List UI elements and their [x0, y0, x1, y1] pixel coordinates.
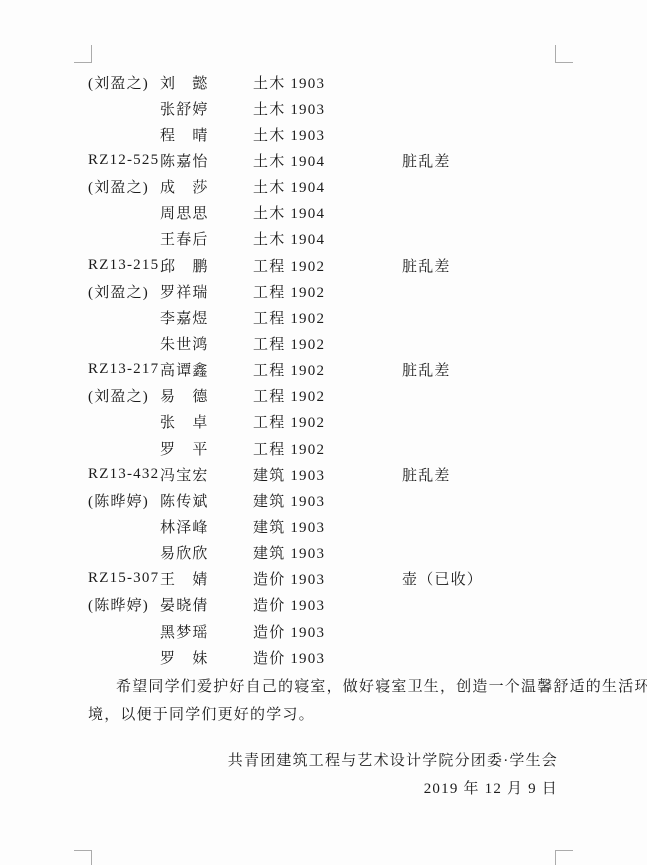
name-cell: 程 晴	[160, 124, 253, 145]
name-cell: 高谭鑫	[160, 359, 253, 380]
roster-row: (陈晔婷) 陈传斌 建筑 1903	[88, 487, 627, 513]
class-cell: 工程 1902	[253, 281, 402, 302]
roster-row: RZ13-215 邱 鹏 工程 1902 脏乱差	[88, 252, 627, 278]
roster-row: 罗 平 工程 1902	[88, 435, 627, 461]
roster-row: 王春后 土木 1904	[88, 226, 627, 252]
name-cell: 李嘉煜	[160, 307, 253, 328]
closing-paragraph: 希望同学们爱护好自己的寝室，做好寝室卫生，创造一个温馨舒适的生活环 境，以便于同…	[88, 674, 560, 729]
margin-mark-bottom-right	[555, 850, 573, 865]
roster-row: (刘盈之) 成 莎 土木 1904	[88, 174, 627, 200]
name-cell: 晏晓倩	[160, 594, 253, 615]
name-cell: 罗 平	[160, 438, 253, 459]
name-cell: 易 德	[160, 385, 253, 406]
class-cell: 工程 1902	[253, 255, 402, 276]
roster-row: 周思思 土木 1904	[88, 200, 627, 226]
roster-row: 黑梦瑶 造价 1903	[88, 618, 627, 644]
roster-row: 张 卓 工程 1902	[88, 409, 627, 435]
closing-line-2: 境，以便于同学们更好的学习。	[88, 702, 560, 730]
name-cell: 易欣欣	[160, 542, 253, 563]
dorm-roster-table: (刘盈之) 刘 懿 土木 1903 张舒婷 土木 1903 程 晴 土木 190…	[88, 69, 627, 670]
name-cell: 王 婧	[160, 568, 253, 589]
room-cell: (陈晔婷)	[88, 594, 160, 615]
class-cell: 土木 1903	[253, 72, 402, 93]
class-cell: 工程 1902	[253, 307, 402, 328]
room-cell: RZ13-432	[88, 466, 160, 483]
class-cell: 工程 1902	[253, 411, 402, 432]
roster-row: 李嘉煜 工程 1902	[88, 304, 627, 330]
margin-mark-bottom-left	[74, 850, 92, 865]
class-cell: 土木 1904	[253, 202, 402, 223]
margin-mark-top-right	[555, 45, 573, 63]
class-cell: 土木 1904	[253, 150, 402, 171]
name-cell: 林泽峰	[160, 516, 253, 537]
remark-cell: 脏乱差	[402, 359, 627, 380]
name-cell: 张舒婷	[160, 98, 253, 119]
roster-row: RZ13-432 冯宝宏 建筑 1903 脏乱差	[88, 461, 627, 487]
roster-row: (刘盈之) 刘 懿 土木 1903	[88, 69, 627, 95]
class-cell: 造价 1903	[253, 647, 402, 668]
class-cell: 建筑 1903	[253, 490, 402, 511]
class-cell: 土木 1904	[253, 176, 402, 197]
name-cell: 王春后	[160, 228, 253, 249]
class-cell: 工程 1902	[253, 438, 402, 459]
name-cell: 黑梦瑶	[160, 621, 253, 642]
class-cell: 工程 1902	[253, 333, 402, 354]
name-cell: 成 莎	[160, 176, 253, 197]
roster-row: 林泽峰 建筑 1903	[88, 513, 627, 539]
roster-row: (陈晔婷) 晏晓倩 造价 1903	[88, 592, 627, 618]
roster-row: RZ13-217 高谭鑫 工程 1902 脏乱差	[88, 357, 627, 383]
class-cell: 土木 1904	[253, 228, 402, 249]
signature-date: 2019 年 12 月 9 日	[88, 775, 558, 803]
remark-cell: 脏乱差	[402, 255, 627, 276]
margin-mark-top-left	[74, 45, 92, 63]
name-cell: 周思思	[160, 202, 253, 223]
room-cell: RZ12-525	[88, 152, 160, 169]
room-cell: (陈晔婷)	[88, 490, 160, 511]
room-cell: (刘盈之)	[88, 176, 160, 197]
class-cell: 造价 1903	[253, 621, 402, 642]
room-cell: (刘盈之)	[88, 385, 160, 406]
roster-row: 易欣欣 建筑 1903	[88, 540, 627, 566]
roster-row: 罗 妹 造价 1903	[88, 644, 627, 670]
name-cell: 张 卓	[160, 411, 253, 432]
document-page: (刘盈之) 刘 懿 土木 1903 张舒婷 土木 1903 程 晴 土木 190…	[0, 0, 647, 865]
class-cell: 造价 1903	[253, 594, 402, 615]
class-cell: 土木 1903	[253, 124, 402, 145]
roster-row: RZ15-307 王 婧 造价 1903 壶（已收）	[88, 566, 627, 592]
signature-organization: 共青团建筑工程与艺术设计学院分团委·学生会	[88, 747, 558, 775]
class-cell: 建筑 1903	[253, 516, 402, 537]
name-cell: 陈嘉怡	[160, 150, 253, 171]
roster-row: (刘盈之) 罗祥瑞 工程 1902	[88, 278, 627, 304]
class-cell: 建筑 1903	[253, 542, 402, 563]
room-cell: RZ15-307	[88, 570, 160, 587]
roster-row: (刘盈之) 易 德 工程 1902	[88, 383, 627, 409]
remark-cell: 壶（已收）	[402, 568, 627, 589]
class-cell: 工程 1902	[253, 385, 402, 406]
name-cell: 刘 懿	[160, 72, 253, 93]
name-cell: 朱世鸿	[160, 333, 253, 354]
remark-cell: 脏乱差	[402, 464, 627, 485]
roster-row: 朱世鸿 工程 1902	[88, 330, 627, 356]
name-cell: 冯宝宏	[160, 464, 253, 485]
roster-row: RZ12-525 陈嘉怡 土木 1904 脏乱差	[88, 147, 627, 173]
name-cell: 罗 妹	[160, 647, 253, 668]
room-cell: (刘盈之)	[88, 281, 160, 302]
class-cell: 工程 1902	[253, 359, 402, 380]
room-cell: RZ13-217	[88, 361, 160, 378]
roster-row: 张舒婷 土木 1903	[88, 95, 627, 121]
class-cell: 土木 1903	[253, 98, 402, 119]
name-cell: 陈传斌	[160, 490, 253, 511]
class-cell: 建筑 1903	[253, 464, 402, 485]
room-cell: RZ13-215	[88, 257, 160, 274]
roster-row: 程 晴 土木 1903	[88, 121, 627, 147]
room-cell: (刘盈之)	[88, 72, 160, 93]
class-cell: 造价 1903	[253, 568, 402, 589]
name-cell: 邱 鹏	[160, 255, 253, 276]
closing-line-1: 希望同学们爱护好自己的寝室，做好寝室卫生，创造一个温馨舒适的生活环	[88, 674, 560, 702]
signature-block: 共青团建筑工程与艺术设计学院分团委·学生会 2019 年 12 月 9 日	[88, 747, 558, 803]
remark-cell: 脏乱差	[402, 150, 627, 171]
name-cell: 罗祥瑞	[160, 281, 253, 302]
